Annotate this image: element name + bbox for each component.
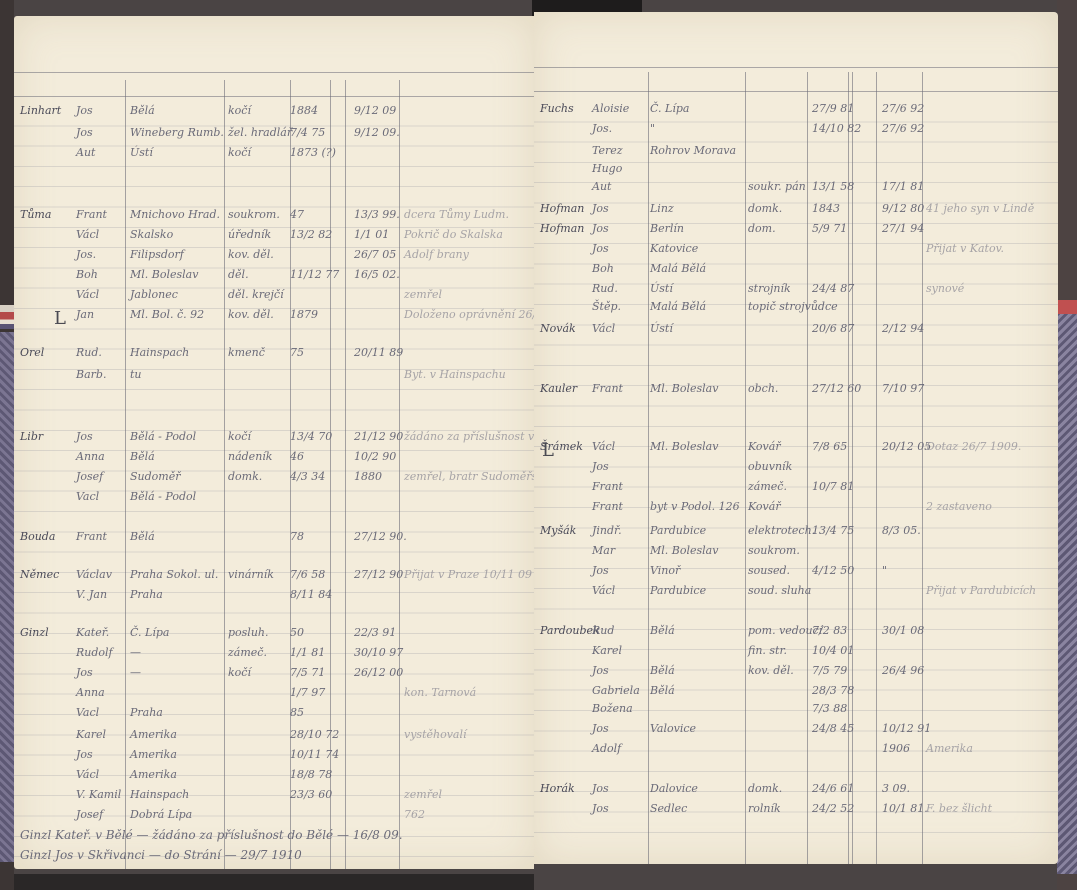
entry-surname: Bouda <box>20 530 55 544</box>
entry-given: Jos. <box>592 122 612 136</box>
entry-birth: 24/6 61 <box>812 782 854 796</box>
entry-date: 30/10 97 <box>354 646 403 660</box>
entry-given: Frant <box>76 530 107 544</box>
entry-place: Bělá <box>130 450 155 464</box>
entry-place: Sudoměř <box>130 470 180 484</box>
entry-surname: Libr <box>20 430 43 444</box>
entry-note: zemřel <box>404 288 442 302</box>
entry-place: Ústí <box>130 146 153 160</box>
entry-place: Malá Bělá <box>650 262 706 276</box>
entry-place: Dobrá Lípa <box>130 808 192 822</box>
entry-date: 27/12 90 <box>354 568 403 582</box>
cover-edge-stripe-right <box>1057 300 1077 314</box>
entry-date: 2/12 94 <box>882 322 924 336</box>
entry-place: tu <box>130 368 142 382</box>
entry-given: Josef <box>76 808 103 822</box>
entry-place: Hainspach <box>130 788 189 802</box>
entry-birth: 4/3 34 <box>290 470 325 484</box>
entry-given: Jos <box>592 802 609 816</box>
entry-given: Aloisie <box>592 102 629 116</box>
entry-birth: 4/12 50 <box>812 564 854 578</box>
entry-note: Dotaz 26/7 1909. <box>926 440 1021 454</box>
entry-given: Vacl <box>76 490 99 504</box>
entry-birth: 27/9 81 <box>812 102 854 116</box>
entry-occupation: strojník <box>748 282 791 296</box>
column-rule <box>648 72 649 864</box>
header-bottom-rule <box>534 91 1058 92</box>
entry-place: Bělá - Podol <box>130 430 196 444</box>
entry-place: Č. Lípa <box>130 626 169 640</box>
entry-given: Boh <box>76 268 98 282</box>
entry-surname: Linhart <box>20 104 61 118</box>
entry-occupation: děl. <box>228 268 249 282</box>
entry-note: F. bez šlicht <box>926 802 992 816</box>
entry-date: 20/11 89 <box>354 346 403 360</box>
entry-place: Amerika <box>130 748 177 762</box>
entry-place: Č. Lípa <box>650 102 689 116</box>
entry-given: Rud. <box>76 346 102 360</box>
entry-occupation: dom. <box>748 222 776 236</box>
entry-birth: 10/11 74 <box>290 748 339 762</box>
entry-occupation: soukr. pán <box>748 180 806 194</box>
entry-occupation: soused. <box>748 564 790 578</box>
entry-place: Filipsdorf <box>130 248 184 262</box>
entry-birth: 75 <box>290 346 304 360</box>
entry-place: Pardubice <box>650 524 706 538</box>
entry-date: 22/3 91 <box>354 626 396 640</box>
entry-surname: Ginzl <box>20 626 49 640</box>
entry-birth: 13/4 75 <box>812 524 854 538</box>
entry-given: Terez <box>592 144 623 158</box>
entry-given: Frant <box>592 500 623 514</box>
entry-occupation: kov. děl. <box>228 248 274 262</box>
entry-occupation: obch. <box>748 382 778 396</box>
entry-birth: 20/6 87 <box>812 322 854 336</box>
entry-place: — <box>130 666 141 680</box>
entry-given: Karel <box>76 728 106 742</box>
entry-place: Wineberg Rumb. <box>130 126 224 140</box>
entry-place: Praha <box>130 706 163 720</box>
entry-occupation: domk. <box>748 202 782 216</box>
entry-given: Frant <box>76 208 107 222</box>
entry-place: Dalovice <box>650 782 698 796</box>
entry-note: Přijat v Pardubicích <box>926 584 1036 598</box>
entry-given: Kateř. <box>76 626 109 640</box>
entry-birth: 13/2 82 <box>290 228 332 242</box>
entry-occupation: žel. hradlář <box>228 126 292 140</box>
entry-date: 9/12 09 <box>354 104 396 118</box>
entry-given: Gabriela <box>592 684 640 698</box>
entry-date: 16/5 02. <box>354 268 400 282</box>
entry-place: Praha <box>130 588 163 602</box>
entry-place: Ústí <box>650 282 673 296</box>
entry-given: Aut <box>592 180 611 194</box>
entry-birth: 85 <box>290 706 304 720</box>
entry-note: vystěhovalí <box>404 728 467 742</box>
entry-place: Bělá - Podol <box>130 490 196 504</box>
entry-date: 1880 <box>354 470 382 484</box>
entry-place: Ml. Boleslav <box>650 382 718 396</box>
entry-place: Rohrov Morava <box>650 144 736 158</box>
entry-birth: 46 <box>290 450 304 464</box>
entry-place: Bělá <box>650 664 675 678</box>
entry-place: — <box>130 646 141 660</box>
entry-occupation: soukrom. <box>228 208 280 222</box>
entry-place: Ml. Boleslav <box>650 440 718 454</box>
entry-note: zemřel, bratr Sudoměřský <box>404 470 550 484</box>
entry-birth: 7/6 58 <box>290 568 325 582</box>
marbled-endpaper-left <box>0 332 14 862</box>
entry-given: Frant <box>592 480 623 494</box>
entry-given: Jos <box>592 242 609 256</box>
entry-date: 10/2 90 <box>354 450 396 464</box>
entry-given: Jos <box>76 430 93 444</box>
entry-birth: 1843 <box>812 202 840 216</box>
entry-date: 1906 <box>882 742 910 756</box>
cover-edge-stripe <box>0 305 14 329</box>
entry-given: Jos. <box>76 248 96 262</box>
entry-given: Jos <box>592 782 609 796</box>
entry-occupation: fin. str. <box>748 644 787 658</box>
entry-place: Hainspach <box>130 346 189 360</box>
entry-birth: 13/4 70 <box>290 430 332 444</box>
entry-given: V. Jan <box>76 588 107 602</box>
entry-occupation: děl. krejčí <box>228 288 284 302</box>
entry-date: 13/3 99. <box>354 208 400 222</box>
entry-given: Jos <box>592 664 609 678</box>
entry-occupation: Kovář <box>748 500 781 514</box>
entry-given: Václ <box>592 584 615 598</box>
entry-place: Amerika <box>130 768 177 782</box>
header-top-rule <box>14 72 534 73</box>
entry-occupation: kočí <box>228 666 251 680</box>
entry-place: Ml. Boleslav <box>650 544 718 558</box>
entry-place: " <box>650 122 655 136</box>
entry-date: 3 09. <box>882 782 910 796</box>
table-surface <box>14 874 534 890</box>
entry-birth: 1/1 81 <box>290 646 325 660</box>
entry-occupation: kov. děl. <box>748 664 794 678</box>
entry-date: 27/6 92 <box>882 122 924 136</box>
entry-date: 30/1 08 <box>882 624 924 638</box>
entry-given: Václav <box>76 568 112 582</box>
entry-birth: 13/1 58 <box>812 180 854 194</box>
entry-birth: 47 <box>290 208 304 222</box>
entry-birth: 7/5 79 <box>812 664 847 678</box>
entry-occupation: úředník <box>228 228 271 242</box>
entry-surname: Němec <box>20 568 59 582</box>
entry-place: Linz <box>650 202 674 216</box>
entry-place: Berlín <box>650 222 684 236</box>
entry-date: 8/3 05. <box>882 524 921 538</box>
entry-date: 26/4 96 <box>882 664 924 678</box>
entry-surname: Pardoubek <box>540 624 600 638</box>
entry-given: Václ <box>76 288 99 302</box>
entry-birth: 18/8 78 <box>290 768 332 782</box>
entry-given: Jos <box>76 748 93 762</box>
entry-given: Jos <box>592 722 609 736</box>
entry-note: kon. Tarnová <box>404 686 476 700</box>
entry-given: Jos <box>76 666 93 680</box>
entry-given: Jos <box>592 202 609 216</box>
entry-given: Jindř. <box>592 524 622 538</box>
entry-place: Ústí <box>650 322 673 336</box>
entry-birth: 24/8 45 <box>812 722 854 736</box>
entry-given: Boh <box>592 262 614 276</box>
entry-given: Božena <box>592 702 633 716</box>
entry-given: Adolf <box>592 742 621 756</box>
entry-given: Rud. <box>592 282 618 296</box>
entry-birth: 14/10 82 <box>812 122 861 136</box>
entry-date: 7/10 97 <box>882 382 924 396</box>
marbled-endpaper-right <box>1057 314 1077 874</box>
entry-date: 27/12 90. <box>354 530 407 544</box>
entry-surname: Kauler <box>540 382 577 396</box>
entry-given: Štěp. <box>592 300 621 314</box>
entry-occupation: Kovář <box>748 440 781 454</box>
entry-note: 2 zastaveno <box>926 500 992 514</box>
column-rule <box>876 72 877 864</box>
margin-check-mark: L <box>54 308 66 329</box>
entry-date: 27/1 94 <box>882 222 924 236</box>
entry-date: " <box>882 564 887 578</box>
entry-occupation: posluh. <box>228 626 269 640</box>
column-rule <box>224 80 225 869</box>
column-rule <box>345 80 346 869</box>
entry-place: Pardubice <box>650 584 706 598</box>
entry-occupation: obuvník <box>748 460 792 474</box>
entry-occupation: zámeč. <box>228 646 267 660</box>
entry-note: 41 jeho syn v Lindě <box>926 202 1034 216</box>
entry-birth: 7/4 75 <box>290 126 325 140</box>
entry-surname: Orel <box>20 346 44 360</box>
entry-birth: 28/10 72 <box>290 728 339 742</box>
entry-birth: 1873 (?) <box>290 146 336 160</box>
entry-place: Praha Sokol. ul. <box>130 568 218 582</box>
entry-birth: 23/3 60 <box>290 788 332 802</box>
entry-given: Aut <box>76 146 95 160</box>
entry-birth: 10/4 01 <box>812 644 854 658</box>
entry-birth: 11/12 77 <box>290 268 339 282</box>
entry-given: Mar <box>592 544 615 558</box>
right-page: FuchsAloisieČ. Lípa27/9 8127/6 92Jos."14… <box>534 12 1058 864</box>
entry-given: Václ <box>592 322 615 336</box>
entry-given: Barb. <box>76 368 106 382</box>
entry-place: Katovice <box>650 242 698 256</box>
entry-given: Jos <box>76 126 93 140</box>
entry-date: 1/1 01 <box>354 228 389 242</box>
entry-surname: Hofman <box>540 222 584 236</box>
entry-occupation: kočí <box>228 430 251 444</box>
entry-occupation: zámeč. <box>748 480 787 494</box>
entry-occupation: kov. děl. <box>228 308 274 322</box>
column-rule <box>399 80 400 869</box>
entry-given: Václ <box>592 440 615 454</box>
entry-occupation: rolník <box>748 802 781 816</box>
entry-place: Jablonec <box>130 288 178 302</box>
entry-date: 27/6 92 <box>882 102 924 116</box>
entry-date: 26/12 00 <box>354 666 403 680</box>
column-rule <box>807 72 808 864</box>
entry-given: Vacl <box>76 706 99 720</box>
column-rule <box>745 72 746 864</box>
entry-given: Jos <box>76 104 93 118</box>
entry-note: Amerika <box>926 742 973 756</box>
entry-date: 9/12 80 <box>882 202 924 216</box>
entry-occupation: domk. <box>748 782 782 796</box>
entry-note: synové <box>926 282 964 296</box>
entry-birth: 7/8 65 <box>812 440 847 454</box>
entry-date: 10/1 81. <box>882 802 928 816</box>
entry-place: Bělá <box>130 530 155 544</box>
header-top-rule <box>534 67 1058 68</box>
entry-occupation: soud. sluha <box>748 584 811 598</box>
entry-birth: 8/11 84 <box>290 588 332 602</box>
entry-birth: 1884 <box>290 104 318 118</box>
entry-occupation: vinárník <box>228 568 274 582</box>
entry-birth: 50 <box>290 626 304 640</box>
entry-given: Anna <box>76 686 105 700</box>
entry-place: Valovice <box>650 722 696 736</box>
column-rule <box>125 80 126 869</box>
margin-check-mark: L <box>542 440 554 461</box>
entry-given: Václ <box>76 768 99 782</box>
entry-note: Pokrič do Skalska <box>404 228 503 242</box>
entry-birth: 78 <box>290 530 304 544</box>
entry-place: Mnichovo Hrad. <box>130 208 220 222</box>
left-page: LinhartJosBělákočí18849/12 09JosWineberg… <box>14 16 534 869</box>
entry-place: Sedlec <box>650 802 687 816</box>
entry-note: zemřel <box>404 788 442 802</box>
entry-surname: Novák <box>540 322 576 336</box>
entry-note: 762 <box>404 808 425 822</box>
entry-given: Václ <box>76 228 99 242</box>
entry-occupation: nádeník <box>228 450 272 464</box>
entry-given: Jos <box>592 460 609 474</box>
entry-occupation: domk. <box>228 470 262 484</box>
entry-birth: 1879 <box>290 308 318 322</box>
entry-place: Bělá <box>650 684 675 698</box>
entry-date: 21/12 90 <box>354 430 403 444</box>
entry-given: V. Kamil <box>76 788 121 802</box>
entry-occupation: soukrom. <box>748 544 800 558</box>
entry-place: Ml. Bol. č. 92 <box>130 308 204 322</box>
entry-note: Byt. v Hainspachu <box>404 368 506 382</box>
entry-surname: Hofman <box>540 202 584 216</box>
entry-birth: 28/3 78 <box>812 684 854 698</box>
entry-place: Amerika <box>130 728 177 742</box>
entry-given: Rud <box>592 624 614 638</box>
entry-birth: 24/4 87 <box>812 282 854 296</box>
entry-occupation: kočí <box>228 146 251 160</box>
footer-note: Ginzl Kateř. v Bělé — žádáno za příslušn… <box>20 828 403 842</box>
entry-place: Bělá <box>650 624 675 638</box>
entry-given: Hugo <box>592 162 622 176</box>
entry-date: 26/7 05 <box>354 248 396 262</box>
entry-given: Karel <box>592 644 622 658</box>
entry-date: 9/12 09. <box>354 126 400 140</box>
entry-surname: Tůma <box>20 208 51 222</box>
entry-given: Josef <box>76 470 103 484</box>
entry-note: Přijat v Katov. <box>926 242 1004 256</box>
entry-surname: Myšák <box>540 524 576 538</box>
entry-birth: 27/12 60 <box>812 382 861 396</box>
entry-occupation: topič strojvůdce <box>748 300 838 314</box>
entry-given: Jos <box>592 564 609 578</box>
entry-place: Ml. Boleslav <box>130 268 198 282</box>
entry-place: Bělá <box>130 104 155 118</box>
entry-note: Adolf brany <box>404 248 469 262</box>
entry-given: Jan <box>76 308 94 322</box>
entry-birth: 7/3 88 <box>812 702 847 716</box>
entry-birth: 5/9 71 <box>812 222 847 236</box>
entry-given: Rudolf <box>76 646 113 660</box>
entry-given: Anna <box>76 450 105 464</box>
entry-surname: Horák <box>540 782 575 796</box>
footer-note: Ginzl Jos v Skřivanci — do Strání — 29/7… <box>20 848 302 862</box>
entry-date: 17/1 81 <box>882 180 924 194</box>
entry-birth: 7/5 71 <box>290 666 325 680</box>
entry-place: Skalsko <box>130 228 173 242</box>
entry-given: Frant <box>592 382 623 396</box>
entry-given: Jos <box>592 222 609 236</box>
entry-birth: 7/2 83 <box>812 624 847 638</box>
entry-birth: 10/7 81 <box>812 480 854 494</box>
entry-occupation: elektrotech. <box>748 524 815 538</box>
entry-place: Vinoř <box>650 564 680 578</box>
entry-surname: Fuchs <box>540 102 574 116</box>
entry-occupation: kočí <box>228 104 251 118</box>
entry-note: dcera Tůmy Ludm. <box>404 208 509 222</box>
entry-date: 10/12 91 <box>882 722 931 736</box>
entry-place: Malá Bělá <box>650 300 706 314</box>
entry-place: byt v Podol. 126 <box>650 500 740 514</box>
entry-date: 20/12 05 <box>882 440 931 454</box>
header-bottom-rule <box>14 96 534 97</box>
entry-birth: 1/7 97 <box>290 686 325 700</box>
entry-occupation: kmenč <box>228 346 265 360</box>
entry-birth: 24/2 52 <box>812 802 854 816</box>
